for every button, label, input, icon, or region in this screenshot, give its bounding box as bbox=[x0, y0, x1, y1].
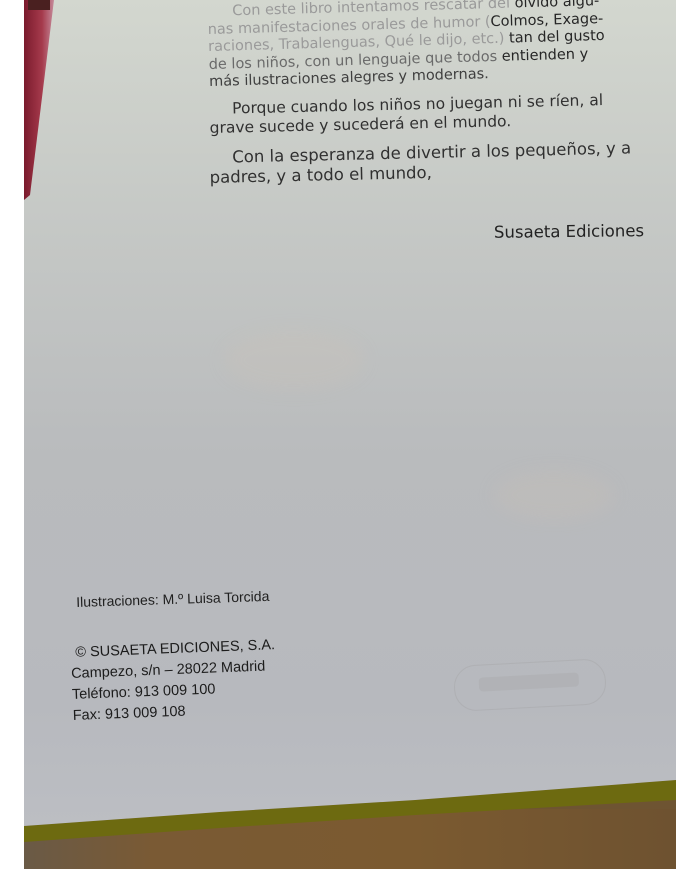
stamp-text-bleed bbox=[479, 672, 580, 691]
paper-stain bbox=[494, 470, 614, 520]
signature: Susaeta Ediciones bbox=[494, 221, 644, 242]
faint-stamp bbox=[453, 658, 607, 712]
paper-stain bbox=[224, 330, 364, 390]
publisher-info: © SUSAETA EDICIONES, S.A. Campezo, s/n –… bbox=[70, 635, 278, 727]
book-spine-shadow bbox=[28, 0, 50, 10]
intro-paragraph: Con este libro intentamos rescatar del o… bbox=[207, 0, 606, 91]
book-page-photo: Con este libro intentamos rescatar del o… bbox=[24, 0, 676, 869]
